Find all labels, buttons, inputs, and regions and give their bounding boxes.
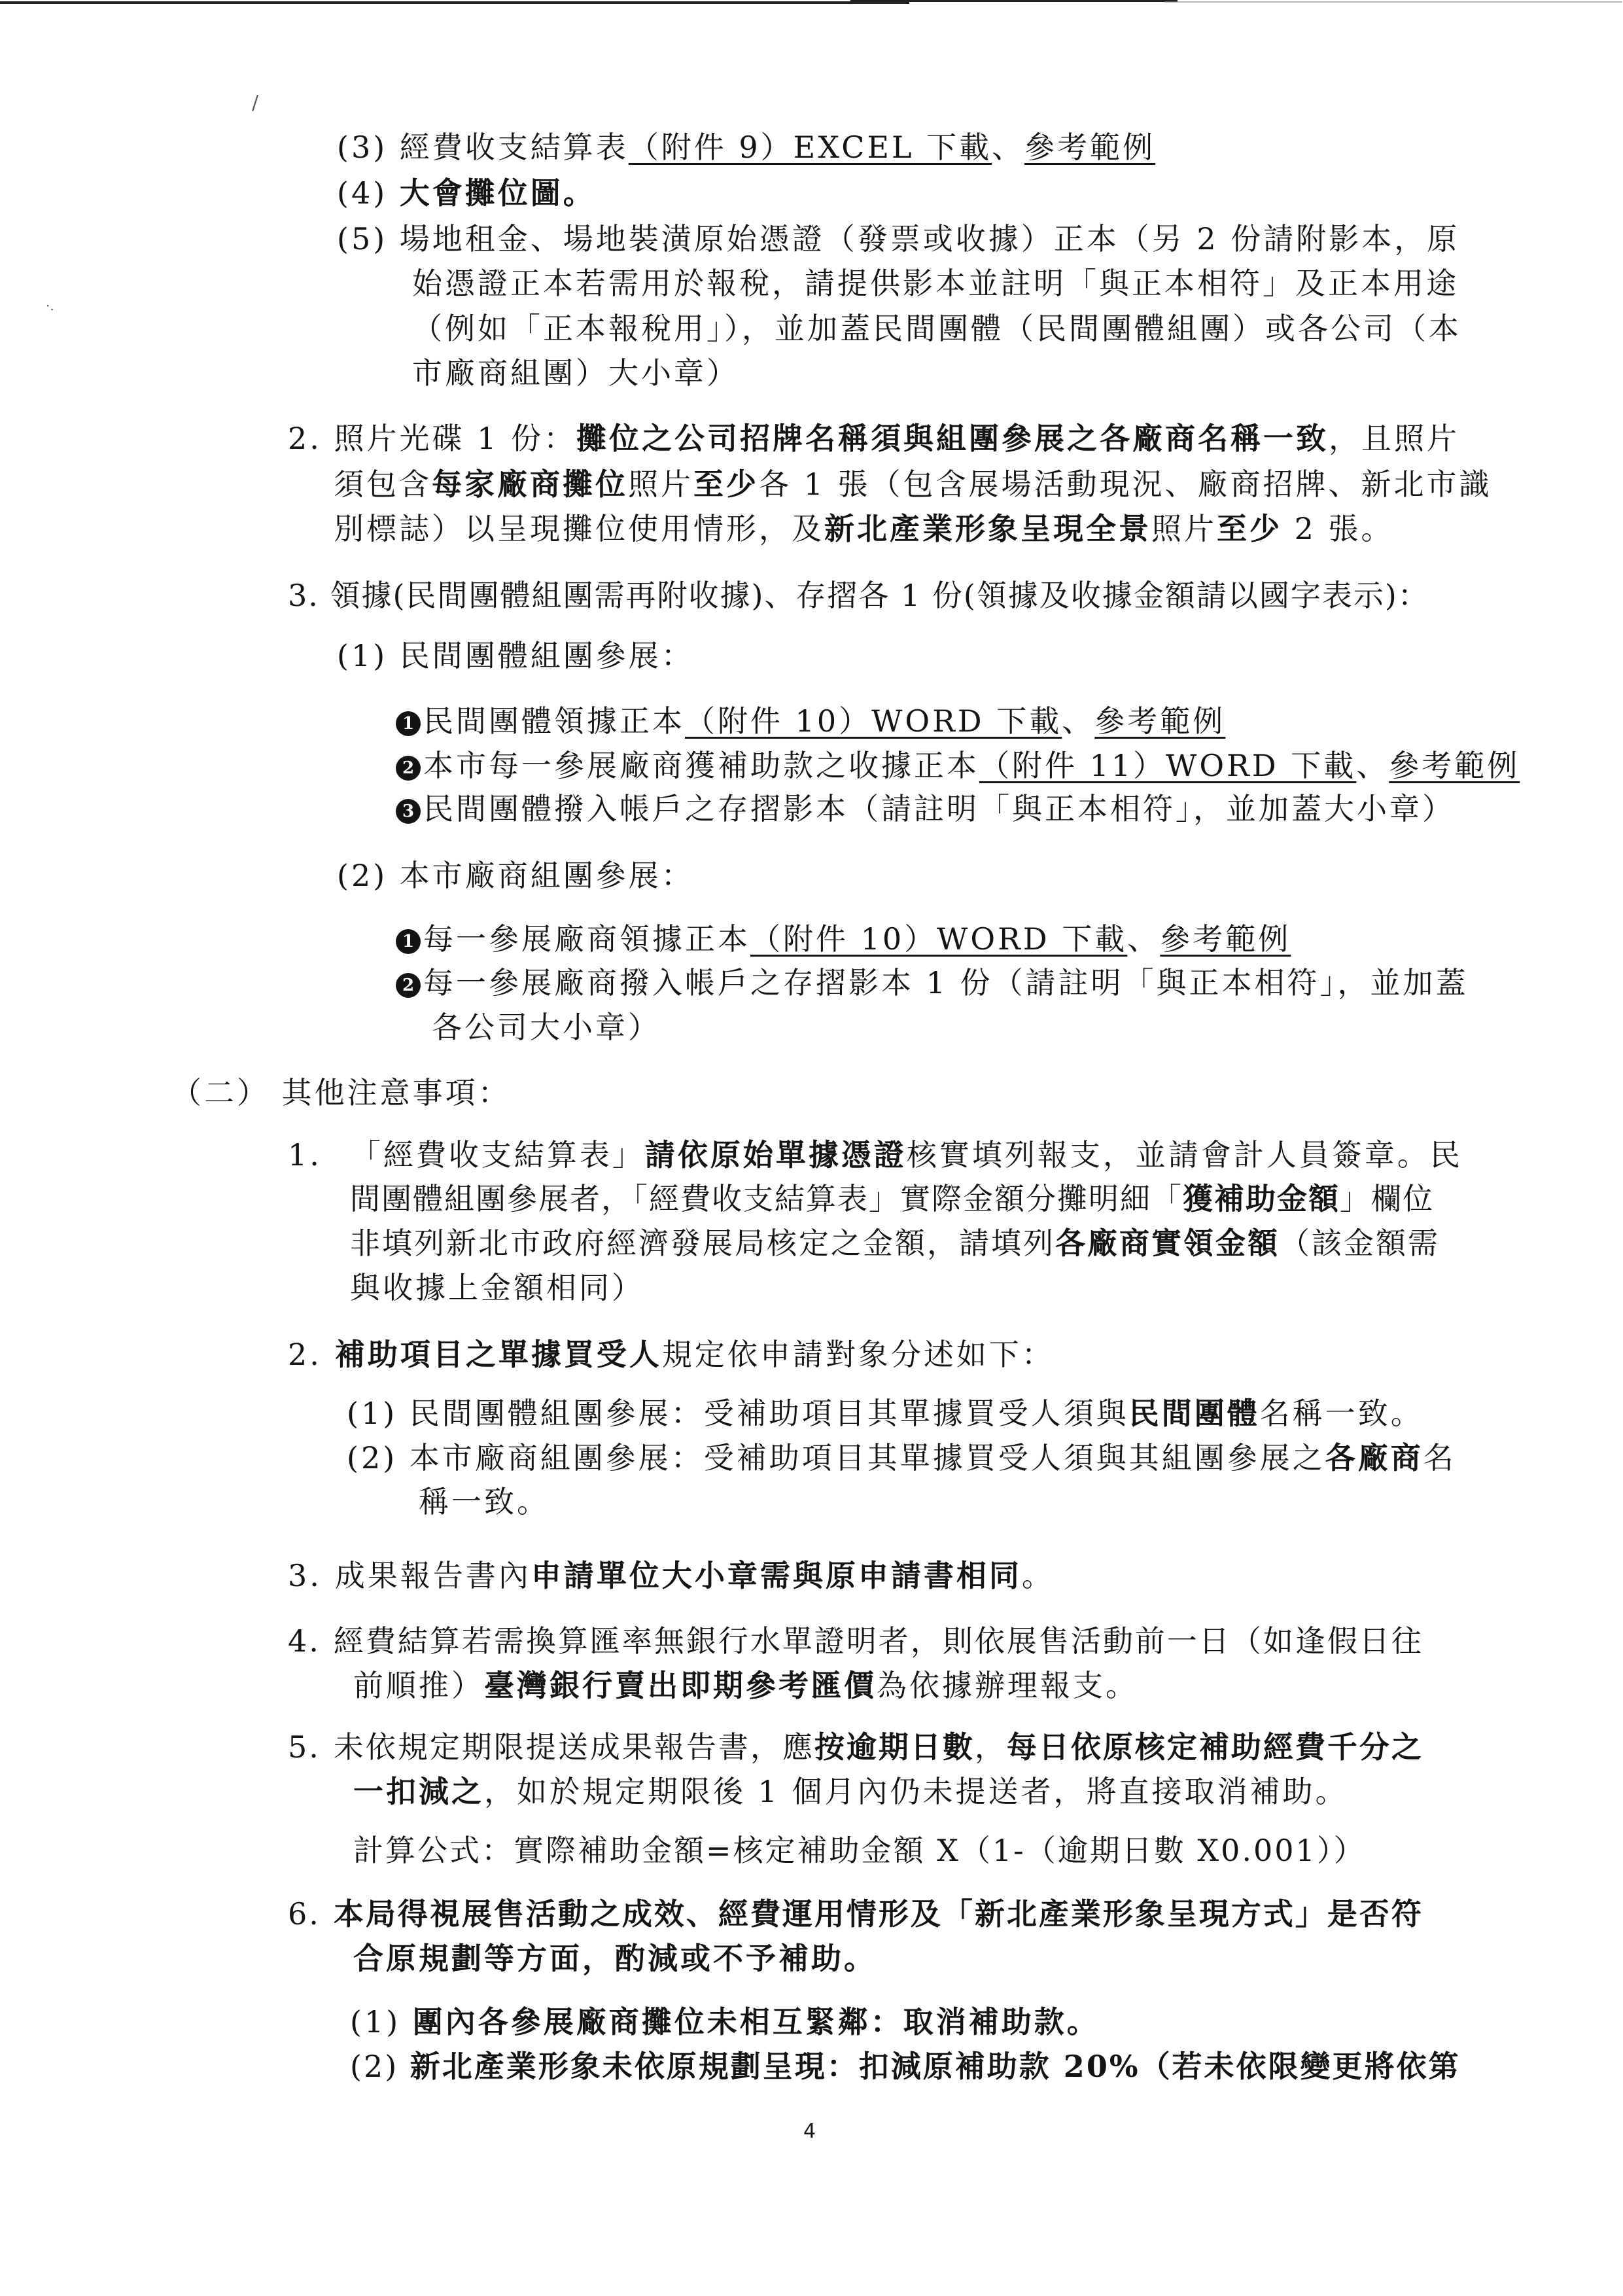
- note-6-line-1: 6.本局得視展售活動之成效、經費運用情形及「新北產業形象呈現方式」是否符: [288, 1894, 1423, 1934]
- item-label: 5.: [288, 1729, 321, 1765]
- emphasis-text: 各廠商: [1325, 1440, 1423, 1475]
- item-label: (1): [337, 638, 387, 673]
- page-number: 4: [803, 2120, 816, 2143]
- note-2-sub-2-cont: 稱一致。: [419, 1482, 550, 1521]
- numbered-bullet-icon: 2: [396, 973, 421, 998]
- receipts-group-1-item-2: 2本市每一參展廠商獲補助款之收據正本（附件 11）WORD 下載、參考範例: [396, 746, 1520, 785]
- text: 」欄位: [1340, 1181, 1434, 1216]
- item-label: 6.: [288, 1896, 321, 1932]
- emphasis-text: 攤位之公司招牌名稱須與組團參展之各廠商名稱一致: [576, 421, 1329, 456]
- scan-edge-line: [1164, 1, 1622, 3]
- text: 本市每一參展廠商獲補助款之收據正本: [423, 748, 979, 783]
- emphasis-text: 新北產業形象未依原規劃呈現：扣減原補助款 20%（若未依限變更將依第: [410, 2049, 1461, 2084]
- item-label: 3.: [288, 578, 319, 613]
- text: 本市廠商組團參展：: [400, 858, 694, 893]
- text: 照片: [1151, 511, 1217, 546]
- text: 每一參展廠商撥入帳戶之存摺影本 1 份（請註明「與正本相符」，並加蓋: [423, 965, 1469, 1000]
- note-4-line-2: 前順推）臺灣銀行賣出即期參考匯價為依據辦理報支。: [353, 1666, 1138, 1705]
- text: 民間團體領據正本: [423, 703, 685, 739]
- emphasis-text: 每日依原核定補助經費千分之: [1007, 1729, 1423, 1765]
- text: 為依據辦理報支。: [877, 1668, 1138, 1703]
- note-2-line-1: 2.補助項目之單據買受人規定依申請對象分述如下：: [288, 1335, 1055, 1374]
- note-1-line-1: 1.「經費收支結算表」請依原始單據憑證核實填列報支，並請會計人員簽章。民: [288, 1135, 1463, 1174]
- item-label: (5): [337, 221, 387, 256]
- word-download-link[interactable]: （附件 10）WORD 下載: [685, 703, 1062, 739]
- scan-speck: ·.: [46, 298, 54, 313]
- note-5-line-1: 5.未依規定期限提送成果報告書，應按逾期日數，每日依原核定補助經費千分之: [288, 1727, 1423, 1767]
- note-6-sub-1: (1) 團內各參展廠商攤位未相互緊鄰：取消補助款。: [350, 2002, 1100, 2041]
- receipts-line: 3. 領據(民間團體組團需再附收據)、存摺各 1 份(領據及收據金額請以國字表示…: [288, 576, 1429, 615]
- word-download-link[interactable]: （附件 11）WORD 下載: [979, 748, 1356, 783]
- section-heading: （二） 其他注意事項：: [171, 1073, 511, 1112]
- separator: 、: [992, 130, 1024, 165]
- text: 2 張。: [1282, 511, 1394, 546]
- word-download-link[interactable]: （附件 10）WORD 下載: [750, 921, 1127, 957]
- item-label: (1): [350, 2004, 400, 2040]
- receipts-group-1-item-3: 3民間團體撥入帳戶之存摺影本（請註明「與正本相符」，並加蓋大小章）: [396, 789, 1455, 828]
- text: 本市廠商組團參展：受補助項目其單據買受人須與其組團參展之: [410, 1440, 1325, 1475]
- text: 間團體組團參展者，「經費收支結算表」實際金額分攤明細「: [350, 1181, 1183, 1216]
- text: ，如於規定期限後 1 個月內仍未提送者，將直接取消補助。: [484, 1774, 1348, 1809]
- text: 前順推）: [353, 1668, 484, 1703]
- item-5-line-3: （例如「正本報稅用」），並加蓋民間團體（民間團體組團）或各公司（本: [412, 309, 1461, 348]
- receipts-group-2-title: (2) 本市廠商組團參展：: [337, 856, 694, 895]
- item-4-line: (4) 大會攤位圖。: [337, 173, 596, 213]
- emphasis-text: 每家廠商攤位: [432, 467, 628, 502]
- item-text: 場地租金、場地裝潢原始憑證（發票或收據）正本（另 2 份請附影本，原: [400, 221, 1460, 256]
- emphasis-text: 各廠商實領金額: [1055, 1226, 1280, 1261]
- text: 每一參展廠商領據正本: [423, 921, 750, 957]
- emphasis-text: 至少: [693, 467, 759, 502]
- photo-disc-line-1: 2. 照片光碟 1 份：攤位之公司招牌名稱須與組團參展之各廠商名稱一致，且照片: [288, 419, 1459, 458]
- excel-download-link[interactable]: （附件 9）EXCEL 下載: [629, 130, 992, 165]
- note-1-line-3: 非填列新北市政府經濟發展局核定之金額，請填列各廠商實領金額（該金額需: [350, 1224, 1440, 1263]
- item-text: 大會攤位圖。: [400, 175, 596, 211]
- note-6-sub-2: (2) 新北產業形象未依原規劃呈現：扣減原補助款 20%（若未依限變更將依第: [350, 2047, 1461, 2086]
- text: 成果報告書內: [335, 1558, 531, 1593]
- numbered-bullet-icon: 2: [396, 756, 421, 781]
- text: （該金額需: [1280, 1226, 1440, 1261]
- item-label: (3): [337, 130, 387, 165]
- item-label: 1.: [288, 1137, 322, 1173]
- item-5-line-2: 始憑證正本若需用於報稅，請提供影本並註明「與正本相符」及正本用途: [412, 264, 1459, 303]
- item-label: 2.: [288, 1337, 322, 1372]
- receipts-group-1-item-1: 1民間團體領據正本（附件 10）WORD 下載、參考範例: [396, 701, 1225, 741]
- note-5-line-2: 一扣減之，如於規定期限後 1 個月內仍未提送者，將直接取消補助。: [353, 1772, 1348, 1811]
- note-3-line: 3.成果報告書內申請單位大小章需與原申請書相同。: [288, 1556, 1055, 1595]
- emphasis-text: 團內各參展廠商攤位未相互緊鄰：取消補助款。: [413, 2004, 1100, 2040]
- numbered-bullet-icon: 1: [396, 711, 421, 736]
- text: 。: [1022, 1558, 1055, 1593]
- separator: 、: [1062, 703, 1094, 739]
- scan-edge-line: [0, 1, 909, 4]
- item-5-line-4: 市廠商組團）大小章）: [412, 353, 739, 393]
- reference-example-link[interactable]: 參考範例: [1160, 921, 1291, 957]
- text: ，且照片: [1329, 421, 1459, 456]
- note-4-line-1: 4.經費結算若需換算匯率無銀行水單證明者，則依展售活動前一日（如逢假日往: [288, 1621, 1423, 1661]
- text: 規定依申請對象分述如下：: [662, 1337, 1055, 1372]
- text: 須包含: [334, 467, 432, 502]
- note-2-sub-2: (2) 本市廠商組團參展：受補助項目其單據買受人須與其組團參展之各廠商名: [347, 1438, 1456, 1477]
- text: 別標誌）以呈現攤位使用情形，及: [334, 511, 824, 546]
- section-label: （二）: [171, 1075, 270, 1110]
- note-1-line-2: 間團體組團參展者，「經費收支結算表」實際金額分攤明細「獲補助金額」欄位: [350, 1179, 1434, 1218]
- reference-example-link[interactable]: 參考範例: [1094, 703, 1225, 739]
- text: 經費結算若需換算匯率無銀行水單證明者，則依展售活動前一日（如逢假日往: [334, 1623, 1423, 1659]
- item-label: 4.: [288, 1623, 321, 1659]
- note-1-line-4: 與收據上金額相同）: [350, 1268, 644, 1307]
- item-5-line: (5) 場地租金、場地裝潢原始憑證（發票或收據）正本（另 2 份請附影本，原: [337, 219, 1459, 258]
- text: 民間團體組團參展：: [400, 638, 694, 673]
- emphasis-text: 本局得視展售活動之成效、經費運用情形及「新北產業形象呈現方式」是否符: [334, 1896, 1423, 1932]
- emphasis-text: 合原規劃等方面，: [353, 1941, 615, 1976]
- note-6-line-2: 合原規劃等方面，酌減或不予補助。: [353, 1939, 877, 1978]
- item-label: 2.: [288, 421, 322, 456]
- item-label: (2): [347, 1440, 397, 1475]
- text: 民間團體組團參展：受補助項目其單據買受人須與: [410, 1396, 1129, 1431]
- emphasis-text: 申請單位大小章需與原申請書相同: [531, 1558, 1022, 1593]
- emphasis-text: 至少: [1217, 511, 1282, 546]
- emphasis-text: 請依原始單據憑證: [645, 1137, 907, 1173]
- text: 照片: [628, 467, 693, 502]
- item-text: 經費收支結算表: [400, 130, 629, 165]
- photo-disc-line-2: 須包含每家廠商攤位照片至少各 1 張（包含展場活動現況、廠商招牌、新北市識: [334, 465, 1492, 504]
- text: 名: [1423, 1440, 1456, 1475]
- item-3-line: (3) 經費收支結算表（附件 9）EXCEL 下載、參考範例: [337, 128, 1155, 167]
- emphasis-text: 按逾期日數: [814, 1729, 975, 1765]
- text: 非填列新北市政府經濟發展局核定之金額，請填列: [350, 1226, 1055, 1261]
- item-label: (1): [347, 1396, 397, 1431]
- text: 照片光碟 1 份：: [334, 421, 577, 456]
- text: 未依規定期限提送成果報告書，應: [334, 1729, 814, 1765]
- text: 名稱一致。: [1260, 1396, 1423, 1431]
- receipts-group-2-item-2: 2每一參展廠商撥入帳戶之存摺影本 1 份（請註明「與正本相符」，並加蓋: [396, 963, 1469, 1002]
- text: 民間團體撥入帳戶之存摺影本（請註明「與正本相符」，並加蓋大小章）: [423, 791, 1455, 826]
- scan-speck: ∕: [252, 92, 258, 115]
- receipts-group-2-item-2-cont: 各公司大小章）: [432, 1008, 661, 1047]
- emphasis-text: 。: [844, 1941, 877, 1976]
- item-label: 3.: [288, 1558, 322, 1593]
- text: 「經費收支結算表」: [351, 1137, 645, 1173]
- section-title: 其他注意事項：: [282, 1075, 511, 1110]
- numbered-bullet-icon: 1: [396, 929, 421, 954]
- item-label: (2): [350, 2049, 398, 2084]
- receipts-group-1-title: (1) 民間團體組團參展：: [337, 636, 694, 675]
- emphasis-text: 民間團體: [1129, 1396, 1260, 1431]
- reference-example-link[interactable]: 參考範例: [1389, 748, 1520, 783]
- emphasis-text: 一扣減之: [353, 1774, 484, 1809]
- emphasis-text: 酌減或不予補助: [615, 1941, 844, 1976]
- emphasis-text: 臺灣銀行賣出即期參考匯價: [484, 1668, 877, 1703]
- text: 領據(民間團體組團需再附收據)、存摺各 1 份(領據及收據金額請以國字表示)：: [330, 578, 1429, 613]
- receipts-group-2-item-1: 1每一參展廠商領據正本（附件 10）WORD 下載、參考範例: [396, 919, 1291, 959]
- note-2-sub-1: (1) 民間團體組團參展：受補助項目其單據買受人須與民間團體名稱一致。: [347, 1394, 1423, 1433]
- item-label: (4): [337, 175, 387, 211]
- numbered-bullet-icon: 3: [396, 799, 421, 824]
- emphasis-text: 獲補助金額: [1183, 1181, 1340, 1216]
- scan-edge-line: [850, 0, 1178, 2]
- note-5-formula: 計算公式：實際補助金額=核定補助金額 X（1-（逾期日數 X0.001））: [353, 1831, 1366, 1870]
- text: 各 1 張（包含展場活動現況、廠商招牌、新北市識: [759, 467, 1492, 502]
- photo-disc-line-3: 別標誌）以呈現攤位使用情形，及新北產業形象呈現全景照片至少 2 張。: [334, 509, 1394, 548]
- separator: 、: [1127, 921, 1160, 957]
- reference-example-link[interactable]: 參考範例: [1024, 130, 1155, 165]
- text: ，: [975, 1729, 1007, 1765]
- separator: 、: [1356, 748, 1389, 783]
- emphasis-text: 新北產業形象呈現全景: [824, 511, 1151, 546]
- text: 核實填列報支，並請會計人員簽章。民: [907, 1137, 1463, 1173]
- item-label: (2): [337, 858, 387, 893]
- emphasis-text: 補助項目之單據買受人: [335, 1337, 662, 1372]
